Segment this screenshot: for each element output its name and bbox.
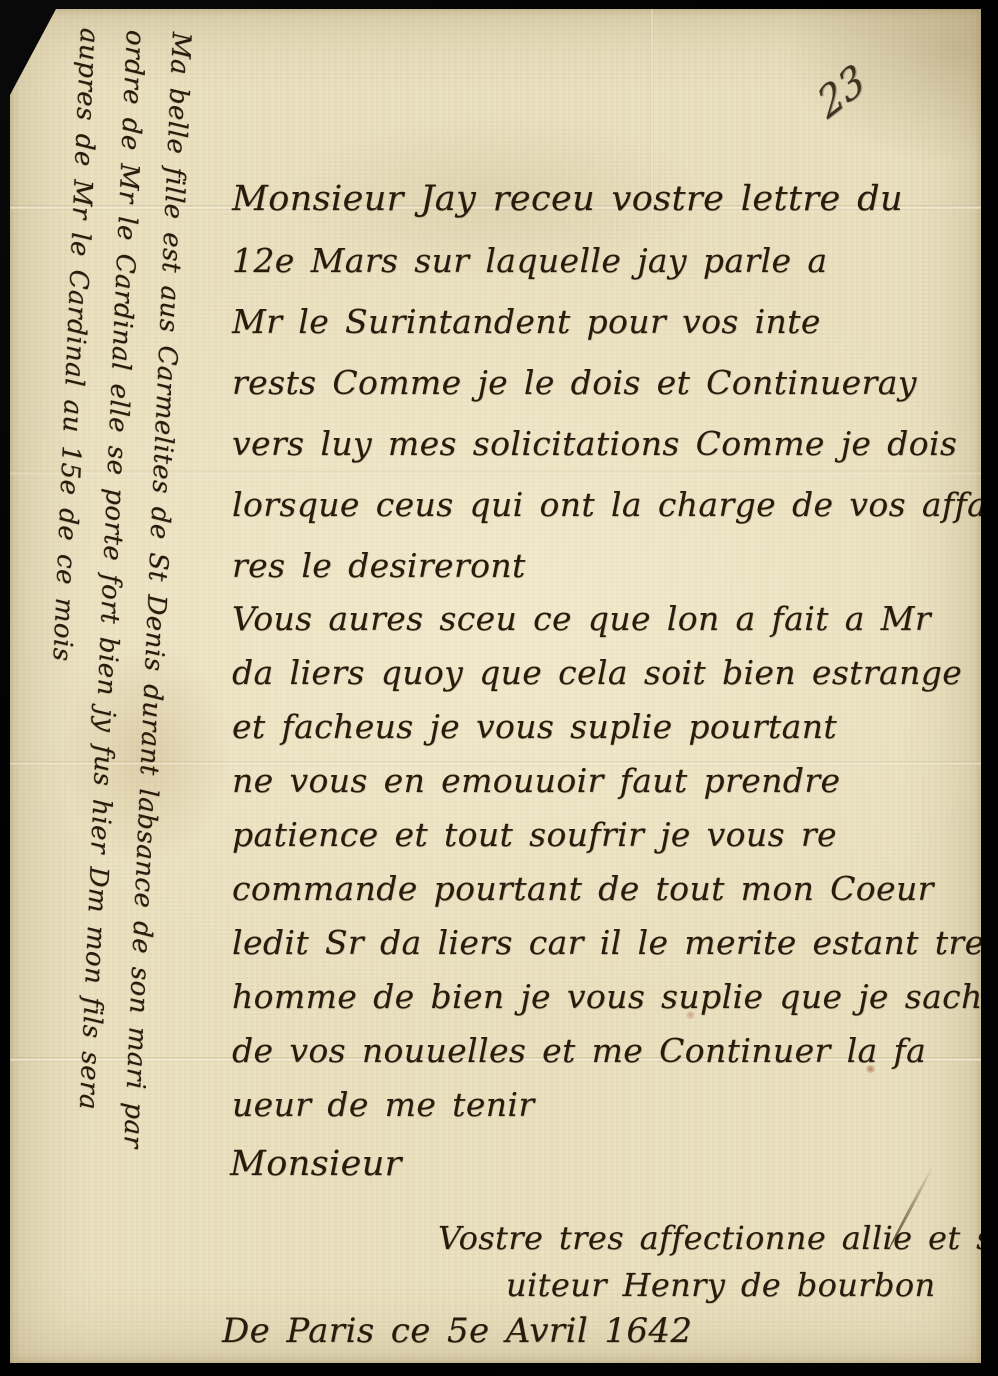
scan-background: 23 Ma belle fille est aus Carmelites de … xyxy=(0,0,998,1376)
body-line: rests Comme je le dois et Continueray xyxy=(232,352,998,413)
margin-note: Ma belle fille est aus Carmelites de St … xyxy=(9,27,204,1332)
body-line: de vos nouuelles et me Continuer la fa xyxy=(232,1024,998,1078)
body-line: Vous aures sceu ce que lon a fait a Mr xyxy=(232,592,998,646)
body-line: et facheus je vous suplie pourtant xyxy=(232,700,998,754)
body-line: vers luy mes solicitations Comme je dois xyxy=(232,413,998,474)
closing-line: Vostre tres affectionne allie et ser xyxy=(438,1219,998,1257)
body-line: patience et tout soufrir je vous re xyxy=(232,808,998,862)
body-line: homme de bien je vous suplie que je sach… xyxy=(232,970,998,1024)
letter-paragraph-1: Monsieur Jay receu vostre lettre du 12e … xyxy=(232,169,998,596)
body-line: Mr le Surintandent pour vos inte xyxy=(232,291,998,352)
letter-page: 23 Ma belle fille est aus Carmelites de … xyxy=(10,9,981,1363)
letter-paragraph-2: Vous aures sceu ce que lon a fait a Mr d… xyxy=(232,592,998,1132)
body-line: ueur de me tenir xyxy=(232,1078,998,1132)
body-line: lorsque ceus qui ont la charge de vos af… xyxy=(232,474,998,535)
body-line: Monsieur Jay receu vostre lettre du xyxy=(232,169,998,230)
body-line: commande pourtant de tout mon Coeur xyxy=(232,862,998,916)
body-line: res le desireront xyxy=(232,535,998,596)
dateline: De Paris ce 5e Avril 1642 xyxy=(222,1311,692,1351)
body-line: ledit Sr da liers car il le merite estan… xyxy=(232,916,998,970)
archival-corner-mark: 23 xyxy=(811,55,872,129)
body-line: ne vous en emouuoir faut prendre xyxy=(232,754,998,808)
valediction: Monsieur xyxy=(230,1144,402,1184)
body-line: da liers quoy que cela soit bien estrang… xyxy=(232,646,998,700)
closing-signature-line: uiteur Henry de bourbon xyxy=(506,1266,936,1304)
body-line: 12e Mars sur laquelle jay parle a xyxy=(232,230,998,291)
